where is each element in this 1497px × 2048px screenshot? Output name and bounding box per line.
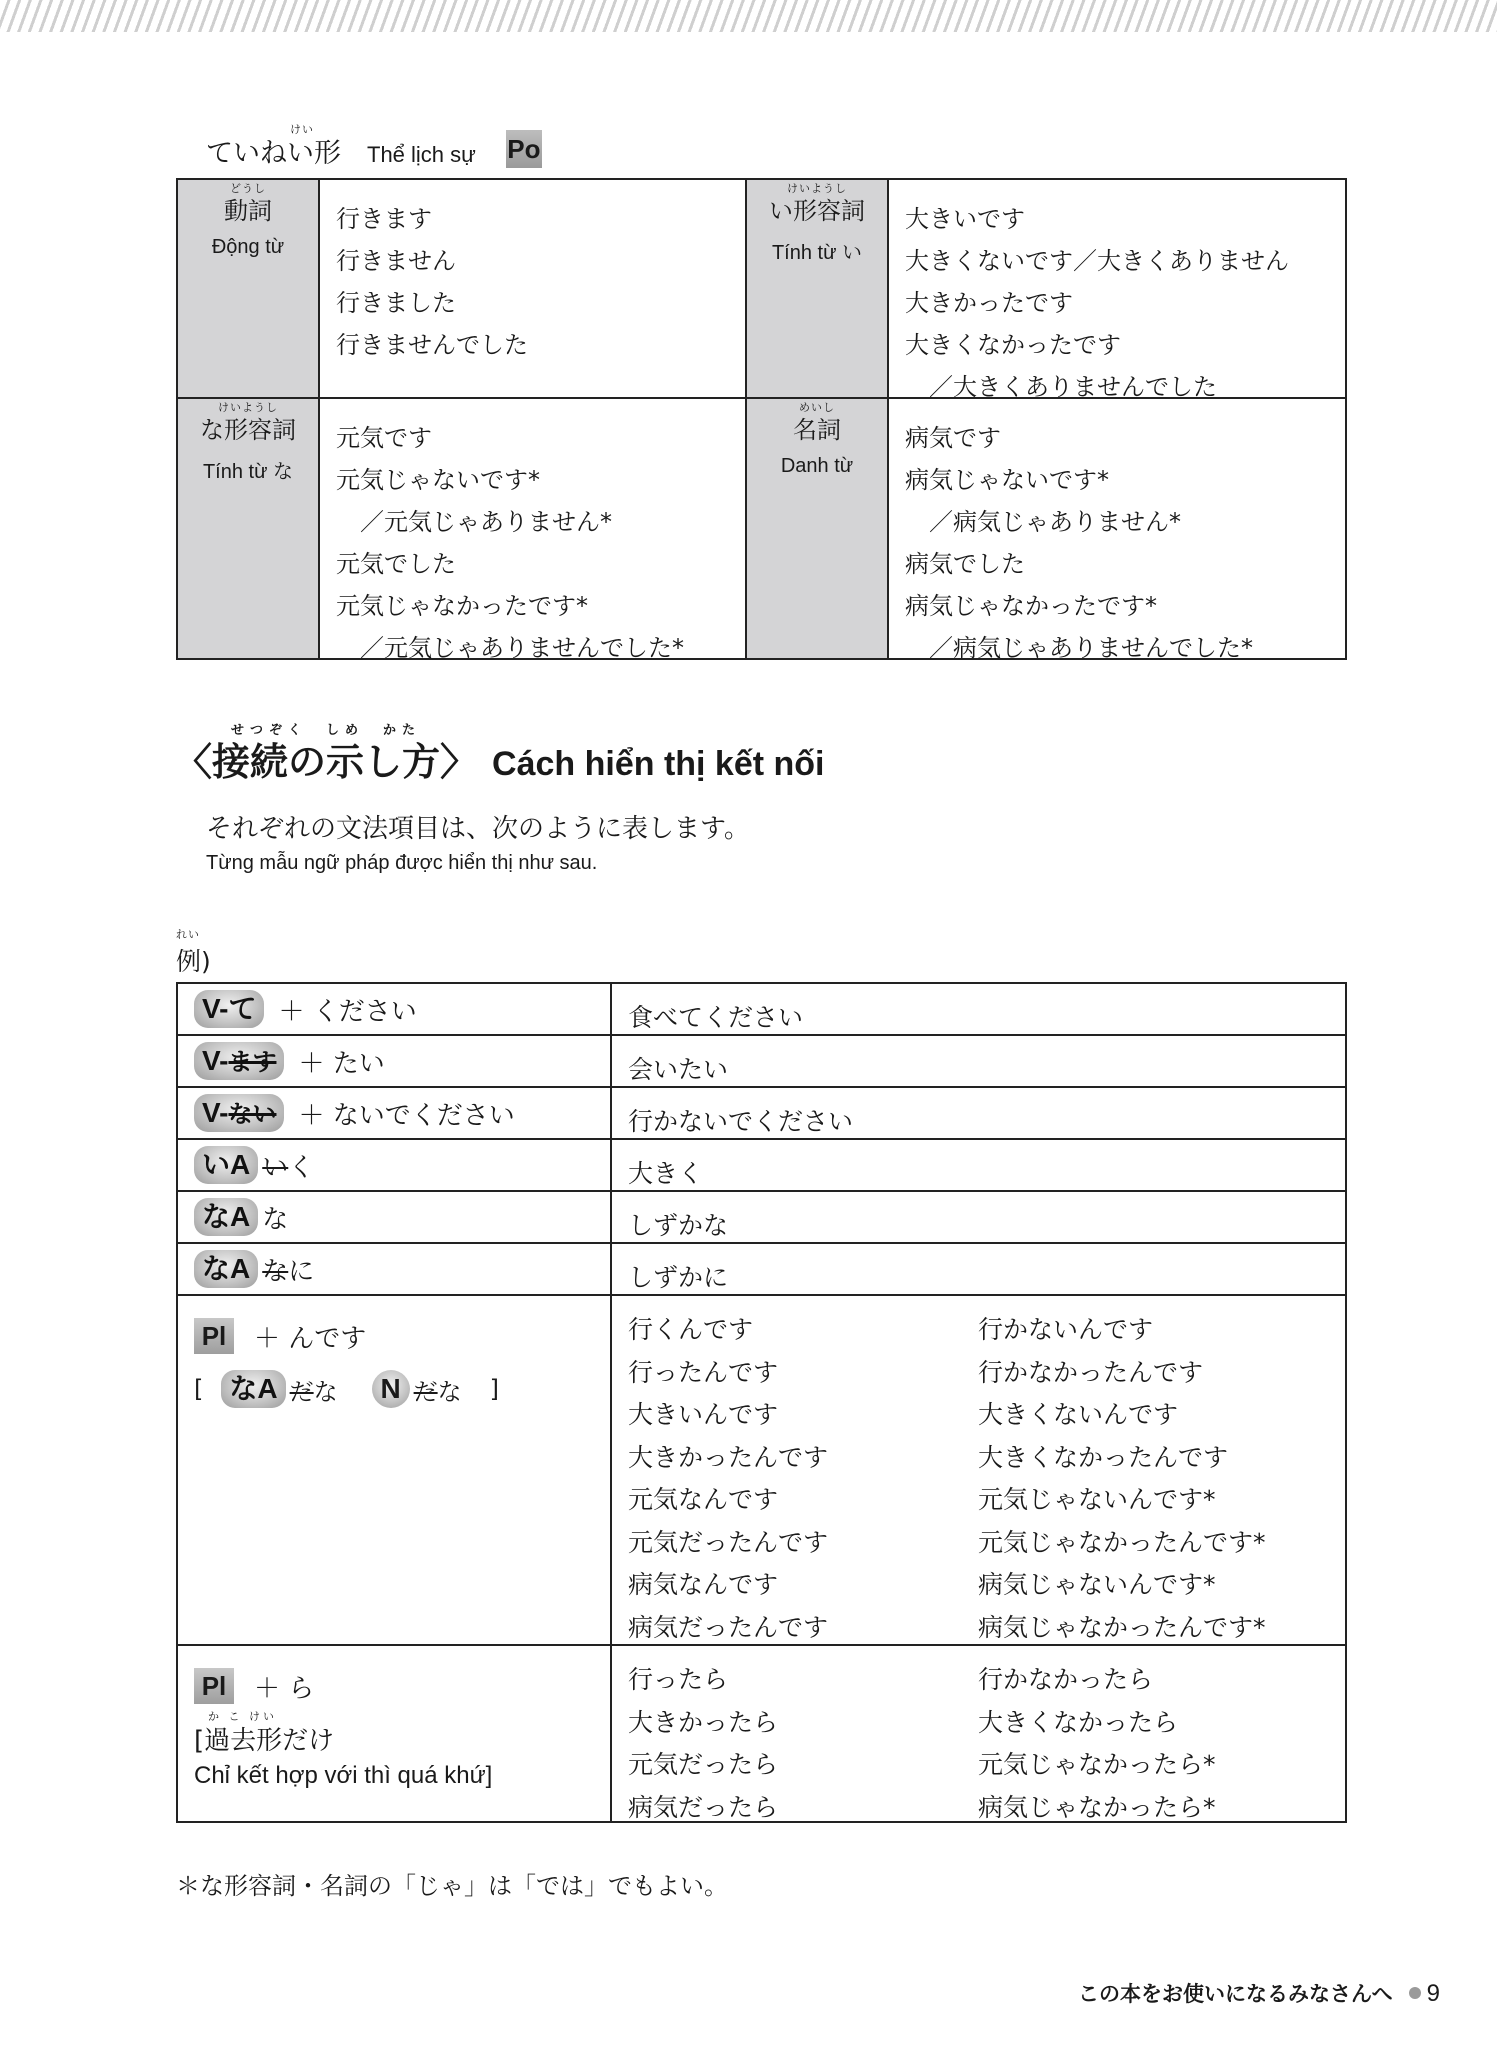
negative-column: 行かないんです 行かなかったんです 大きくないんです 大きくなかったんです 元気… (978, 1304, 1328, 1644)
verb-pill: V-ない (194, 1094, 284, 1132)
affirmative-column: 行くんです 行ったんです 大きいんです 大きかったんです 元気なんです 元気だっ… (628, 1304, 978, 1644)
example-line: 元気じゃなかったら* (978, 1739, 1328, 1782)
label-i-adjective: い形容詞けいようし Tính từ い (747, 180, 889, 397)
note-vn: Chỉ kết hợp với thì quá khứ] (194, 1762, 610, 1790)
example-cell: 行くんです 行ったんです 大きいんです 大きかったんです 元気なんです 元気だっ… (612, 1296, 1345, 1644)
pill-text: V- (202, 993, 228, 1024)
form-line: 大きかったです (905, 278, 1345, 320)
pill-text: V- (202, 1045, 228, 1076)
table-row: なA なに しずかに (178, 1244, 1345, 1296)
example-line: 病気だったら (628, 1782, 978, 1825)
table-row: 動詞どうし Động từ 行きます 行きません 行きました 行きませんでした … (178, 180, 1345, 399)
form-line: 元気じゃないです* (336, 455, 745, 497)
form-line: 元気です (336, 413, 745, 455)
pl-badge: Pl (194, 1668, 234, 1704)
example-cell: 行かないでください (612, 1088, 1345, 1138)
pill-tail: て (228, 993, 256, 1024)
struck-da: だ (290, 1372, 314, 1407)
heading-jp-text: 〈接続の示し方〉 (174, 740, 478, 784)
note-ruby: か こ けい (208, 1711, 277, 1722)
example-line: 元気じゃないんです* (978, 1474, 1328, 1517)
title-vn: Thể lịch sự (367, 138, 476, 172)
example-line: 大きかったんです (628, 1432, 978, 1475)
label-jp-text: な形容詞 (200, 416, 296, 444)
title-ruby: けい (290, 124, 314, 135)
label-jp: い形容詞けいようし (769, 196, 865, 226)
example-line: 行くんです (628, 1304, 978, 1347)
example-line: 病気じゃなかったんです* (978, 1602, 1328, 1645)
na-adjective-pill: なA (221, 1370, 285, 1408)
bracket-open: [ (194, 1375, 203, 1403)
title-jp-text: ていねい形 (206, 138, 341, 169)
example-line: 行ったら (628, 1654, 978, 1697)
example-line: 大きいんです (628, 1389, 978, 1432)
example-ruby: れい (176, 929, 200, 940)
label-jp: 名詞めいし (793, 415, 841, 445)
pl-badge: Pl (194, 1318, 234, 1354)
intro-vn: Từng mẫu ngữ pháp được hiển thị như sau. (206, 852, 597, 875)
example-line: 病気じゃなかったら* (978, 1782, 1328, 1825)
form-line: 元気じゃなかったです* (336, 581, 745, 623)
pattern-note: [ なA だな N だな ] (194, 1370, 610, 1408)
pattern-cell: なA な (178, 1192, 612, 1242)
example-cell: しずかな (612, 1192, 1345, 1242)
pattern-suffix: ＋ んです (254, 1318, 366, 1355)
table-row: V-て ＋ ください 食べてください (178, 984, 1345, 1036)
ruby: めいし (793, 402, 841, 413)
verb-pill: V-ます (194, 1042, 284, 1080)
table-row: なA な しずかな (178, 1192, 1345, 1244)
form-line: 行きます (336, 194, 745, 236)
label-noun: 名詞めいし Danh từ (747, 399, 889, 658)
na-adjective-pill: なA (194, 1250, 258, 1288)
na-adjective-pill: なA (194, 1198, 258, 1236)
pill-strike: ます (228, 1048, 276, 1076)
example-line: 病気なんです (628, 1559, 978, 1602)
intro-jp: それぞれの文法項目は、次のように表します。 (206, 812, 750, 846)
example-label: 例) れい (176, 942, 211, 978)
section-heading: 〈接続の示し方〉 せつぞく しめ かた Cách hiển thị kết nố… (174, 740, 825, 784)
form-line: 大きくないです／大きくありません (905, 236, 1345, 278)
example-cell: しずかに (612, 1244, 1345, 1294)
pattern-suffix: ＋ たい (298, 1043, 384, 1080)
example-cell: 行ったら 大きかったら 元気だったら 病気だったら 行かなかったら 大きくなかっ… (612, 1646, 1345, 1821)
page-footer: この本をお使いになるみなさんへ 9 (1078, 1978, 1440, 2008)
connection-example-table: V-て ＋ ください 食べてください V-ます ＋ たい 会いたい V-ない ＋… (176, 982, 1347, 1823)
form-line: ／元気じゃありませんでした* (336, 623, 745, 665)
label-jp-text: 名詞 (793, 416, 841, 444)
form-line: ／病気じゃありません* (905, 497, 1345, 539)
note-tail: な (314, 1372, 338, 1407)
label-jp-text: い形容詞 (769, 197, 865, 225)
label-vn: Tính từ な (178, 455, 318, 484)
example-line: 元気じゃなかったんです* (978, 1517, 1328, 1560)
pattern-cell: V-て ＋ ください (178, 984, 612, 1034)
example-cell: 会いたい (612, 1036, 1345, 1086)
bracket-close: ] (490, 1375, 499, 1403)
pattern-suffix: に (288, 1251, 314, 1288)
content-i-adjective: 大きいです 大きくないです／大きくありません 大きかったです 大きくなかったです… (889, 180, 1345, 397)
example-cell: 大きく (612, 1140, 1345, 1190)
example-line: 病気じゃないんです* (978, 1559, 1328, 1602)
po-badge: Po (506, 130, 542, 168)
struck-da: だ (414, 1372, 438, 1407)
example-line: 大きくなかったら (978, 1697, 1328, 1740)
table-row: Pl ＋ ら [過去形だけ か こ けい Chỉ kết hợp với thì… (178, 1646, 1345, 1821)
heading-vn: Cách hiển thị kết nối (492, 745, 824, 784)
table-row: Pl ＋ んです [ なA だな N だな ] 行くんです 行ったんです 大きい… (178, 1296, 1345, 1646)
note-jp: [過去形だけ か こ けい (194, 1724, 334, 1758)
note-jp-text: [過去形だけ (194, 1726, 334, 1756)
table-row: V-ない ＋ ないでください 行かないでください (178, 1088, 1345, 1140)
decorative-hatch-border (0, 0, 1497, 32)
label-jp-text: 動詞 (224, 197, 272, 225)
example-line: 大きかったら (628, 1697, 978, 1740)
negative-column: 行かなかったら 大きくなかったら 元気じゃなかったら* 病気じゃなかったら* (978, 1654, 1328, 1821)
affirmative-column: 行ったら 大きかったら 元気だったら 病気だったら (628, 1654, 978, 1821)
form-line: 病気です (905, 413, 1345, 455)
example-line: 行かないんです (978, 1304, 1328, 1347)
noun-circle: N (372, 1370, 410, 1408)
form-line: 病気じゃなかったです* (905, 581, 1345, 623)
pattern-line: Pl ＋ んです (194, 1314, 610, 1358)
struck-ending: な (262, 1251, 288, 1288)
form-line: ／病気じゃありませんでした* (905, 623, 1345, 665)
example-line: 大きくなかったんです (978, 1432, 1328, 1475)
form-line: 病気でした (905, 539, 1345, 581)
label-jp: な形容詞けいようし (200, 415, 296, 445)
pattern-suffix: ＋ ないでください (298, 1095, 514, 1132)
pattern-cell: V-ます ＋ たい (178, 1036, 612, 1086)
heading-ruby: せつぞく しめ かた (174, 725, 478, 736)
footnote: ＊な形容詞・名詞の「じゃ」は「では」でもよい。 (176, 1866, 728, 1901)
pill-strike: ない (228, 1100, 276, 1128)
ruby: けいようし (200, 402, 296, 413)
ruby: けいようし (769, 183, 865, 194)
ruby: どうし (224, 183, 272, 194)
pattern-cell: V-ない ＋ ないでください (178, 1088, 612, 1138)
example-line: 元気だったんです (628, 1517, 978, 1560)
example-line: 行ったんです (628, 1347, 978, 1390)
form-line: ／元気じゃありません* (336, 497, 745, 539)
example-line: 行かなかったんです (978, 1347, 1328, 1390)
label-vn: Danh từ (747, 455, 887, 478)
pattern-cell: Pl ＋ んです [ なA だな N だな ] (178, 1296, 612, 1644)
label-na-adjective: な形容詞けいようし Tính từ な (178, 399, 320, 658)
bullet-dot-icon (1409, 1987, 1421, 1999)
table-row: な形容詞けいようし Tính từ な 元気です 元気じゃないです* ／元気じゃ… (178, 399, 1345, 658)
example-line: 大きくないんです (978, 1389, 1328, 1432)
struck-ending: い (262, 1147, 288, 1184)
pattern-suffix: な (262, 1199, 288, 1236)
form-line: ／大きくありませんでした (905, 362, 1345, 404)
pattern-cell: いA いく (178, 1140, 612, 1190)
pattern-suffix: ＋ ください (278, 991, 416, 1028)
example-line: 行かなかったら (978, 1654, 1328, 1697)
form-line: 行きません (336, 236, 745, 278)
form-line: 大きいです (905, 194, 1345, 236)
verb-pill: V-て (194, 990, 264, 1028)
form-line: 行きました (336, 278, 745, 320)
form-line: 行きませんでした (336, 320, 745, 362)
polite-form-title: ていねい形 けい Thể lịch sự Po (206, 134, 542, 172)
form-line: 元気でした (336, 539, 745, 581)
table-row: いA いく 大きく (178, 1140, 1345, 1192)
pill-text: V- (202, 1097, 228, 1128)
footer-title: この本をお使いになるみなさんへ (1078, 1978, 1393, 2008)
example-line: 元気なんです (628, 1474, 978, 1517)
example-line: 元気だったら (628, 1739, 978, 1782)
pattern-line: Pl ＋ ら (194, 1664, 610, 1708)
table-row: V-ます ＋ たい 会いたい (178, 1036, 1345, 1088)
form-line: 病気じゃないです* (905, 455, 1345, 497)
example-cell: 食べてください (612, 984, 1345, 1034)
title-jp: ていねい形 けい (206, 137, 341, 171)
page-number: 9 (1427, 1980, 1440, 2008)
label-jp: 動詞どうし (224, 196, 272, 226)
pattern-cell: なA なに (178, 1244, 612, 1294)
label-verb: 動詞どうし Động từ (178, 180, 320, 397)
i-adjective-pill: いA (194, 1146, 258, 1184)
content-noun: 病気です 病気じゃないです* ／病気じゃありません* 病気でした 病気じゃなかっ… (889, 399, 1345, 658)
pattern-suffix: く (288, 1147, 314, 1184)
label-vn: Tính từ い (747, 236, 887, 265)
heading-jp: 〈接続の示し方〉 せつぞく しめ かた (174, 740, 478, 784)
pattern-cell: Pl ＋ ら [過去形だけ か こ けい Chỉ kết hợp với thì… (178, 1646, 612, 1821)
example-line: 病気だったんです (628, 1602, 978, 1645)
polite-form-table: 動詞どうし Động từ 行きます 行きません 行きました 行きませんでした … (176, 178, 1347, 660)
content-na-adjective: 元気です 元気じゃないです* ／元気じゃありません* 元気でした 元気じゃなかっ… (320, 399, 747, 658)
pattern-suffix: ＋ ら (254, 1668, 314, 1705)
form-line: 大きくなかったです (905, 320, 1345, 362)
label-vn: Động từ (178, 236, 318, 259)
example-label-text: 例) (176, 947, 211, 976)
content-verb: 行きます 行きません 行きました 行きませんでした (320, 180, 747, 397)
note-tail: な (438, 1372, 462, 1407)
